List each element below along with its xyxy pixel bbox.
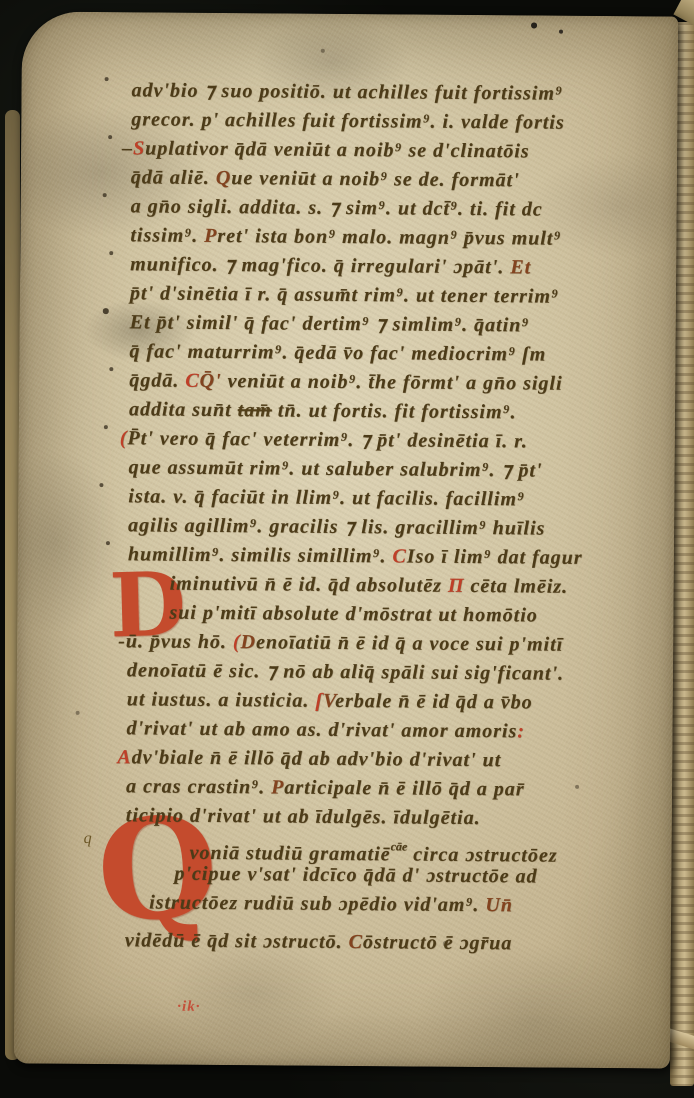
text-segment: istructōez rudiū sub ɔpēdio vid'am⁹. — [149, 891, 485, 916]
text-segment: denoīatū ē sic. ⁊ nō ab aliq̄ spāli sui … — [127, 659, 564, 684]
text-segment: erbale n̄ ē id q̄d a v̄bo — [335, 690, 533, 714]
text-segment: V — [323, 690, 335, 712]
text-segment: articipale n̄ ē illō q̄d a par̄ — [284, 777, 524, 801]
rubric-segment: : — [517, 720, 525, 742]
manuscript-line: Adv'biale n̄ ē illō q̄d ab adv'bio d'riv… — [117, 743, 674, 776]
text-segment: dv'biale n̄ ē illō q̄d ab adv'bio d'riva… — [132, 746, 502, 771]
manuscript-line: sui p'mitī absolute d'mōstrat ut homōtio — [169, 599, 675, 632]
text-segment: d'rivat' ut ab amo as. d'rivat' amor amo… — [126, 717, 517, 742]
manuscript-line: d'rivat' ut ab amo as. d'rivat' amor amo… — [126, 714, 674, 747]
rubric-segment: S — [133, 137, 145, 159]
manuscript-line: a cras crastin⁹. Participale n̄ ē illō q… — [126, 772, 674, 805]
text-segment: addita sun̄t — [129, 398, 238, 421]
text-segment: D — [240, 631, 256, 653]
rubric-segment: A — [117, 746, 132, 768]
manuscript-line: istructōez rudiū sub ɔpēdio vid'am⁹. Un̄ — [149, 888, 673, 921]
manuscript-line: que assumūt rim⁹. ut saluber salubrim⁹. … — [128, 453, 676, 486]
manuscript-text-block: adv'bio ⁊ suo positiō. ut achilles fuit … — [125, 76, 680, 959]
text-segment: grecor. p' achilles fuit fortissim⁹. i. … — [131, 108, 565, 133]
text-segment: Q — [216, 167, 232, 189]
text-segment: agilis agillim⁹. gracilis ⁊ lis. gracill… — [128, 514, 545, 539]
text-segment: vidēdū ē q̄d sit ɔstructō. — [125, 929, 349, 953]
manuscript-line: p'cipue v'sat' idcīco q̄dā d' ɔstructōe … — [174, 860, 673, 893]
text-segment: adv'bio ⁊ suo positiō. ut achilles fuit … — [131, 79, 563, 104]
rubric-segment: Π — [448, 575, 465, 597]
manuscript-line: q̄gdā. CQ̄' veniūt a noib⁹. t̄he fōrmt' … — [129, 366, 677, 399]
rubric-segment: C — [392, 545, 407, 567]
manuscript-line: vidēdū ē q̄d sit ɔstructō. Cōstructō ē ɔ… — [125, 926, 673, 959]
text-segment: ut iustus. a iusticia. — [127, 688, 316, 711]
rubric-segment: C — [185, 370, 200, 392]
text-segment: Iso ī lim⁹ dat fagur — [407, 545, 583, 568]
manuscript-line: tissim⁹. Pret' ista bon⁹ malo. magn⁹ p̄v… — [130, 221, 678, 254]
photo-backdrop: { "page": { "colors": { "backdrop": "#0a… — [0, 0, 694, 1098]
text-segment: tn̄. ut fortis. fit fortissim⁹. — [272, 399, 517, 423]
text-segment: p'cipue v'sat' idcīco q̄dā d' ɔstructōe … — [174, 863, 537, 888]
text-segment: Q̄' — [200, 370, 222, 392]
text-segment: q̄gdā. — [129, 369, 185, 391]
manuscript-line: ista. v. q̄ faciūt in llim⁹. ut facilis.… — [128, 482, 676, 515]
text-segment: -ū. p̄vus hō. — [118, 630, 233, 653]
text-segment: P — [204, 225, 217, 247]
text-segment: Et p̄t' simil' q̄ fac' dertim⁹ ⁊ simlim⁹… — [130, 311, 530, 336]
text-segment: tissim⁹. — [130, 224, 204, 247]
text-segment: veniūt a noib⁹. t̄he fōrmt' a gn̄o sigli — [222, 370, 563, 395]
manuscript-line: agilis agillim⁹. gracilis ⁊ lis. gracill… — [128, 511, 676, 544]
manuscript-line: Et p̄t' simil' q̄ fac' dertim⁹ ⁊ simlim⁹… — [130, 308, 678, 341]
parchment-page: D Q q adv'bio ⁊ suo positiō. ut achilles… — [14, 11, 678, 1068]
text-segment: ue veniūt a noib⁹ se de. formāt' — [231, 167, 520, 191]
manuscript-line: ticipio d'rivat' ut ab īdulgēs. īdulgēti… — [126, 801, 674, 834]
manuscript-line: p̄t' d'sinētia ī r. q̄ assum̄t rim⁹. ut … — [130, 279, 678, 312]
text-segment: humillim⁹. similis simillim⁹. — [128, 543, 393, 567]
text-segment: cāe — [391, 839, 408, 853]
text-segment: P — [271, 776, 284, 798]
manuscript-line: q̄ fac' maturrim⁹. q̄edā v̄o fac' medioc… — [129, 337, 677, 370]
manuscript-line: ut iustus. a iusticia. ſVerbale n̄ ē id … — [127, 685, 675, 718]
text-segment: iminutivū n̄ ē id. q̄d absolutēz — [170, 573, 448, 597]
text-segment: a cras crastin⁹. — [126, 775, 271, 798]
text-segment: que assumūt rim⁹. ut saluber salubrim⁹. … — [128, 456, 542, 481]
rubric-segment: ( — [120, 427, 128, 449]
text-segment: ret' ista bon⁹ malo. magn⁹ p̄vus mult⁹ — [217, 225, 561, 250]
quire-mark: ·ik· — [177, 999, 200, 1016]
text-segment: ticipio d'rivat' ut ab īdulgēs. īdulgēti… — [126, 804, 481, 829]
manuscript-line: addita sun̄t tam̄ tn̄. ut fortis. fit fo… — [129, 395, 677, 428]
text-segment: munifico. ⁊ mag'fico. q̄ irregulari' ɔpā… — [130, 253, 510, 278]
text-segment: ōstructō ē ɔgr̄ua — [363, 931, 513, 954]
text-segment: – — [122, 137, 133, 159]
manuscript-line: humillim⁹. similis simillim⁹. CIso ī lim… — [128, 540, 676, 573]
text-segment: Un̄ — [485, 894, 513, 916]
manuscript-line: voniā studiū gramatiēcāe circa ɔstructōe… — [189, 831, 673, 864]
ink-specks-and-prick-marks — [22, 11, 24, 13]
manuscript-line: (P̄t' vero q̄ fac' veterrim⁹. ⁊ p̄t' des… — [120, 424, 677, 457]
text-segment: p̄t' d'sinētia ī r. q̄ assum̄t rim⁹. ut … — [130, 282, 559, 307]
text-segment: enoīatiū n̄ ē id q̄ a voce sui p'mitī — [256, 631, 563, 655]
manuscript-line: iminutivū n̄ ē id. q̄d absolutēz Π cēta … — [170, 570, 676, 603]
text-segment: uplativor q̄dā veniūt a noib⁹ se d'clina… — [145, 137, 530, 162]
text-segment: tam̄ — [238, 399, 272, 421]
text-segment: P̄t' vero q̄ fac' veterrim⁹. ⁊ p̄t' desi… — [127, 427, 528, 452]
text-segment: sui p'mitī absolute d'mōstrat ut homōtio — [169, 602, 538, 627]
text-segment: Et — [510, 256, 531, 278]
text-segment: q̄dā aliē. — [131, 166, 216, 189]
text-segment: cēta lmēiz. — [464, 575, 568, 598]
manuscript-line: –Suplativor q̄dā veniūt a noib⁹ se d'cli… — [122, 134, 679, 167]
manuscript-line: adv'bio ⁊ suo positiō. ut achilles fuit … — [131, 76, 679, 109]
manuscript-line: -ū. p̄vus hō. (Denoīatiū n̄ ē id q̄ a vo… — [118, 627, 675, 660]
manuscript-line: munifico. ⁊ mag'fico. q̄ irregulari' ɔpā… — [130, 250, 678, 283]
manuscript-line: denoīatū ē sic. ⁊ nō ab aliq̄ spāli sui … — [127, 656, 675, 689]
manuscript-line: a gn̄o sigli. addita. s. ⁊ sim⁹. ut dct̄… — [130, 192, 678, 225]
text-segment: C — [349, 931, 364, 953]
text-segment: a gn̄o sigli. addita. s. ⁊ sim⁹. ut dct̄… — [131, 195, 543, 220]
manuscript-line: q̄dā aliē. Que veniūt a noib⁹ se de. for… — [131, 163, 679, 196]
text-segment: q̄ fac' maturrim⁹. q̄edā v̄o fac' medioc… — [129, 340, 546, 365]
text-segment: ista. v. q̄ faciūt in llim⁹. ut facilis.… — [128, 485, 525, 510]
manuscript-line: grecor. p' achilles fuit fortissim⁹. i. … — [131, 105, 679, 138]
margin-guide-letter: q — [84, 830, 92, 848]
